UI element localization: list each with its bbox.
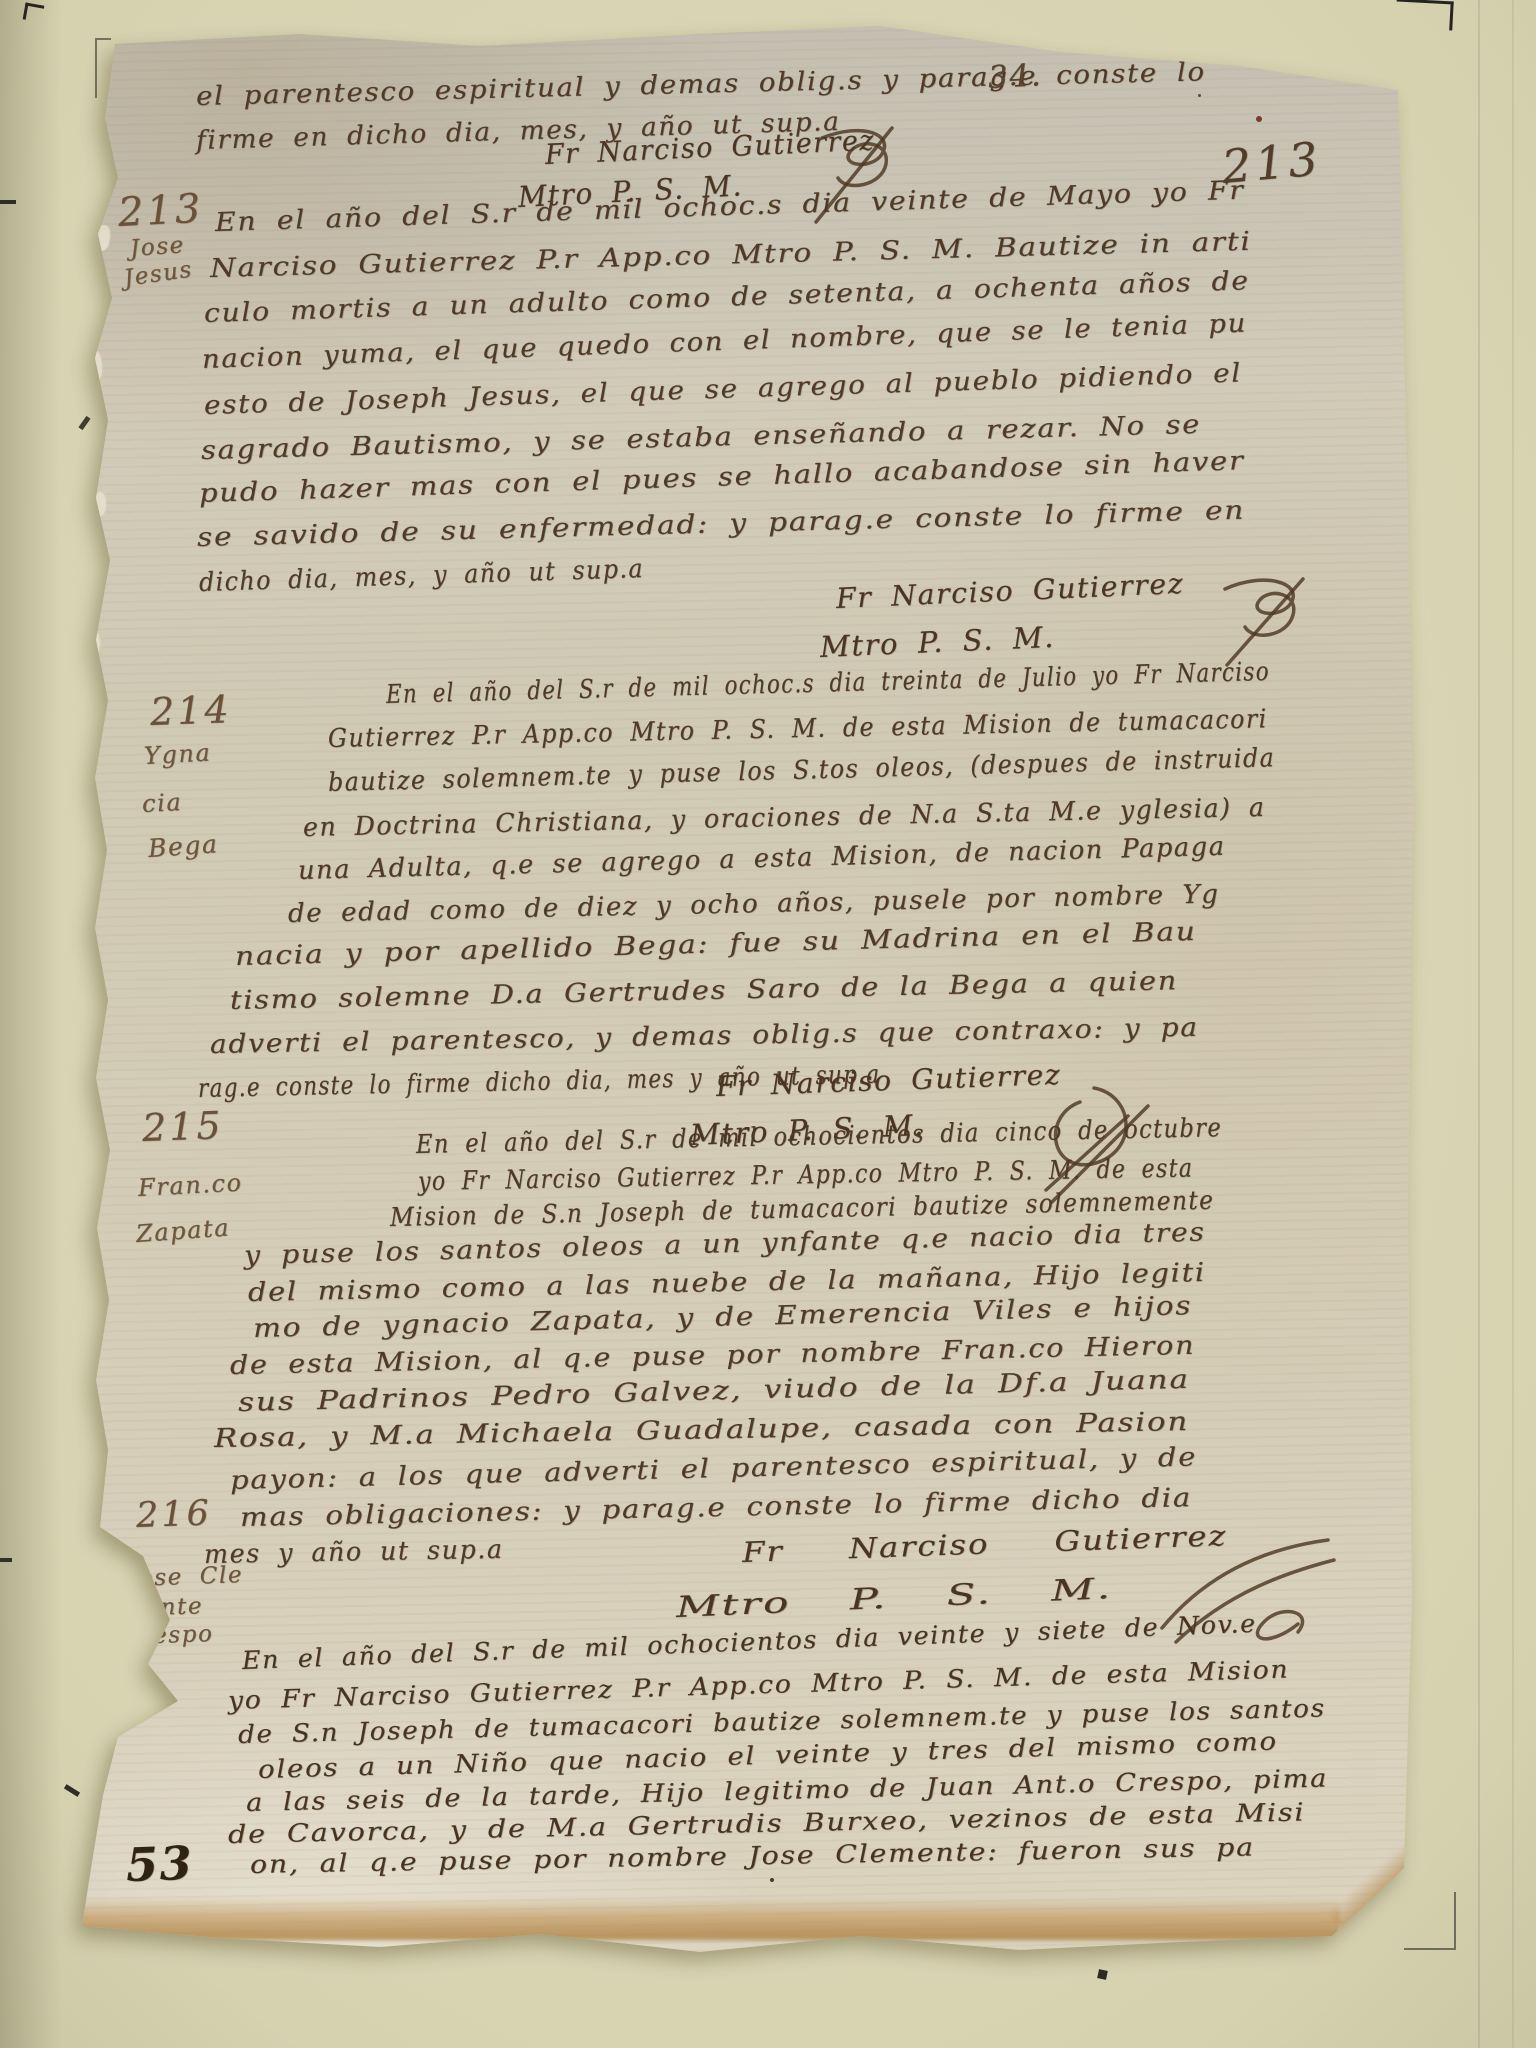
- paper-shadow: el parentesco espiritual y demas oblig.s…: [0, 0, 1536, 2048]
- manuscript-line: bautize solemnem.te y puse los S.tos ole…: [328, 743, 1276, 798]
- paper-speck: [770, 1878, 774, 1882]
- entry-number: 213: [117, 186, 205, 236]
- deckle-edge: [1327, 1819, 1448, 1932]
- entry-number: 214: [149, 687, 232, 734]
- signature-line: Mtro P. S. M.: [819, 620, 1055, 664]
- manuscript-line: adverti el parentesco, y demas oblig.s q…: [210, 1013, 1199, 1060]
- deckle-edge: [70, 1898, 1340, 1940]
- torn-edge-chip: [88, 349, 103, 380]
- continuation-line: el parentesco espiritual y demas oblig.s…: [196, 57, 1206, 112]
- entry-number: 216: [135, 1493, 212, 1536]
- signature-flourish: [1148, 1528, 1348, 1658]
- manuscript-line: En el año del S.r de mil ochoc.s dia tre…: [386, 657, 1271, 710]
- manuscript-line: mes y año ut sup.a: [204, 1535, 504, 1570]
- torn-edge-chip: [100, 1730, 116, 1756]
- margin-name-line: Ygna: [143, 738, 212, 769]
- margin-name-line: crespo: [126, 1621, 214, 1650]
- torn-edge-chip: [114, 1682, 149, 1727]
- entry-number: 215: [141, 1103, 224, 1150]
- paper-speck: [1256, 116, 1262, 122]
- signature-flourish: [1205, 565, 1315, 680]
- margin-name-line: cia: [141, 788, 183, 818]
- signature-flourish: [1028, 1072, 1168, 1212]
- manuscript-line: tismo solemne D.a Gertrudes Saro de la B…: [230, 966, 1179, 1016]
- manuscript-line: se savido de su enfermedad: y parag.e co…: [197, 496, 1246, 553]
- margin-name-line: Zapata: [135, 1213, 231, 1248]
- margin-name-line: Bega: [147, 829, 219, 863]
- margin-name-line: mente: [122, 1593, 204, 1622]
- margin-name-line: Fran.co: [137, 1169, 243, 1202]
- manuscript-page: el parentesco espiritual y demas oblig.s…: [0, 0, 1536, 2048]
- torn-edge-chip: [90, 632, 100, 654]
- page-number-annotation: 34.: [987, 57, 1043, 96]
- folio-number: 213: [1220, 131, 1324, 193]
- bottom-left-number: 53: [125, 1836, 194, 1892]
- manuscript-line: dicho dia, mes, y año ut sup.a: [199, 554, 645, 598]
- margin-name-line: Jose Cle: [128, 1562, 244, 1592]
- paper-speck: [1198, 94, 1201, 97]
- torn-edge-chip: [94, 224, 111, 252]
- signature-flourish: [800, 118, 900, 238]
- signature-line: Fr Narciso Gutierrez: [835, 567, 1185, 615]
- photo-mat: el parentesco espiritual y demas oblig.s…: [0, 0, 1536, 2048]
- torn-edge-chip: [94, 492, 106, 516]
